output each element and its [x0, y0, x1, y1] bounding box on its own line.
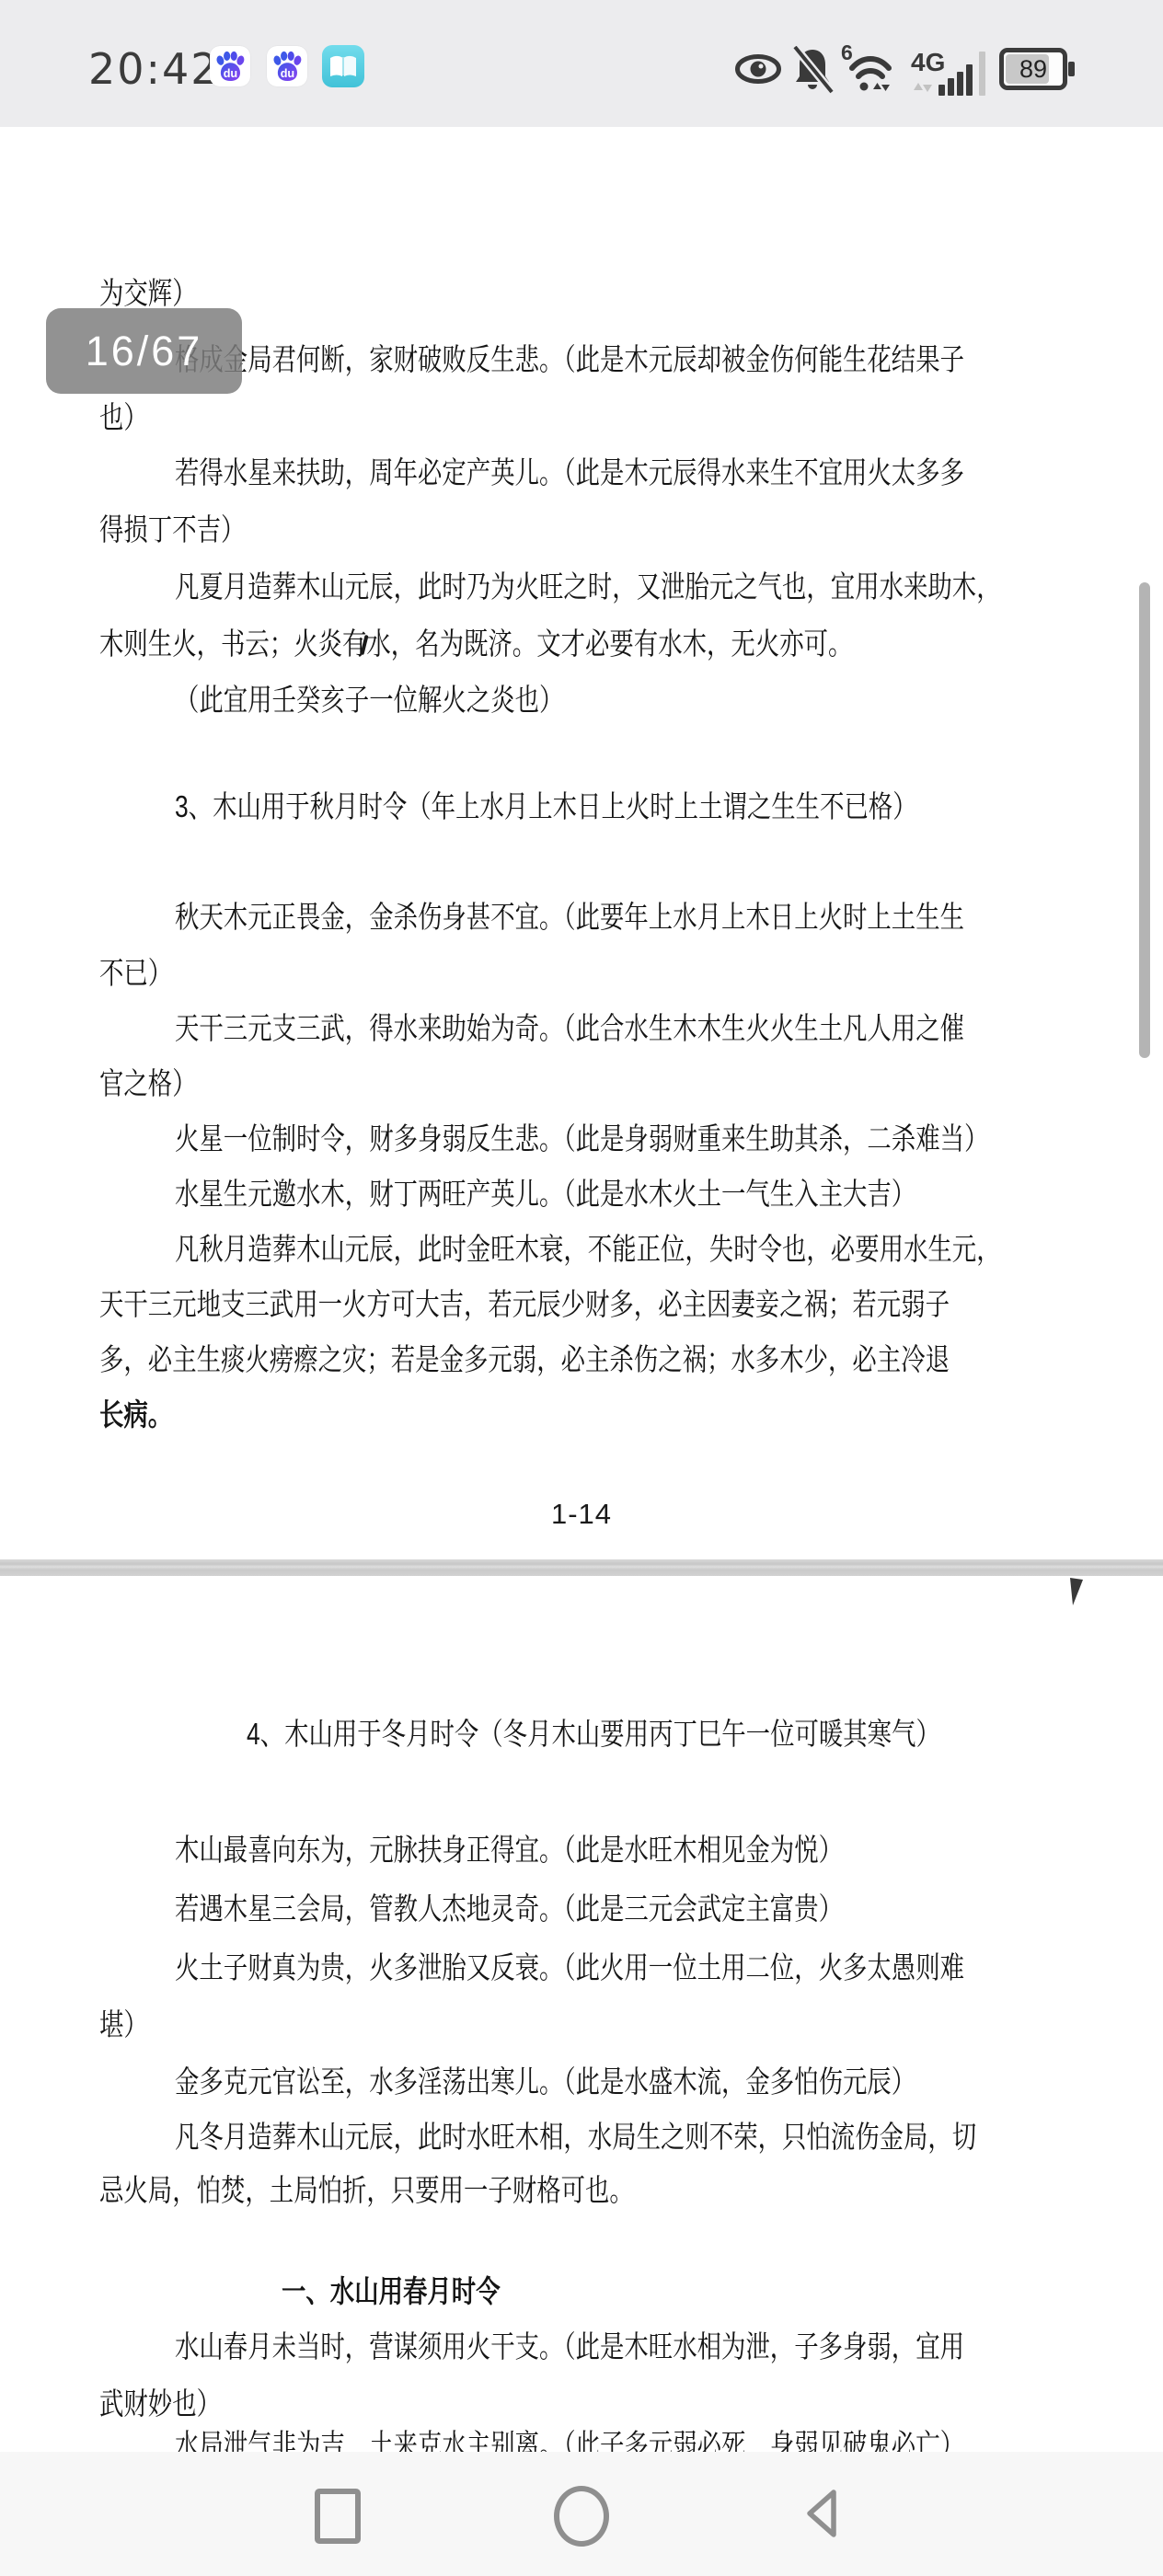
text-line: 木则生火，书云；火炎有水，名为既济。文才必要有水木，无火亦可。 [99, 623, 852, 665]
signal-bar [957, 72, 963, 96]
text-line: 武财妙也） [99, 2383, 221, 2425]
baidu-paw-icon: du [270, 49, 305, 84]
text-line: 堪） [99, 2004, 148, 2046]
baidu-app-icon: du [267, 46, 307, 86]
open-book-icon [328, 52, 359, 80]
wifi6-label: 6 [841, 40, 853, 65]
text-line: 格成金局君何断，家财破败反生悲。（此是木元辰却被金伤何能生花结果子 [175, 339, 964, 381]
text-line: 秋天木元正畏金，金杀伤身甚不宜。（此要年上水月上木日上火时上土生生 [175, 896, 964, 938]
baidu-app-icon: du [210, 46, 250, 86]
text-line: 火土子财真为贵，火多泄胎又反衰。（此火用一位土用二位，火多太愚则难 [175, 1947, 964, 1989]
text-line: 忌火局，怕焚，土局怕折，只要用一子财格可也。 [99, 2169, 634, 2212]
text-line: 若遇木星三会局，管教人杰地灵奇。（此是三元会武定主富贵） [175, 1888, 843, 1930]
text-line: 长病。 [99, 1394, 172, 1436]
scrollbar-thumb[interactable] [1139, 582, 1150, 1058]
text-line: 木山最喜向东为，元脉扶身正得宜。（此是水旺木相见金为悦） [175, 1829, 843, 1871]
text-line: 官之格） [99, 1063, 197, 1105]
notifications-muted-icon [789, 46, 835, 98]
baidu-paw-icon: du [213, 49, 248, 84]
page-number: 1-14 [0, 1498, 1163, 1531]
reading-progress-badge: 16/67 [46, 308, 242, 394]
reader-app-icon [322, 45, 364, 87]
text-line: 凡夏月造葬木山元辰，此时乃为火旺之时，又泄胎元之气也，宜用水来助木， [175, 566, 1001, 608]
text-line: 凡秋月造葬木山元辰，此时金旺木衰，不能正位，失时令也，必要用水生元， [175, 1228, 1001, 1271]
clock: 20:42 [88, 44, 220, 94]
signal-bar-empty [979, 52, 985, 96]
section-heading: 3、木山用于秋月时令（年上水月上木日上火时上土谓之生生不已格） [175, 786, 917, 828]
section-heading: 4、木山用于冬月时令（冬月木山要用丙丁巳午一位可暖其寒气） [247, 1713, 940, 1755]
text-line: 得损丁不吉） [99, 509, 245, 551]
text-line: 天干三元支三武，得水来助始为奇。（此合水生木木生火火生土凡人用之催 [175, 1007, 964, 1050]
eye-protection-icon [734, 53, 782, 89]
page-corner-mark [1067, 1577, 1086, 1608]
android-navigation-bar [0, 2452, 1163, 2576]
battery-icon: 89 [999, 48, 1067, 90]
cellular-signal: 4G [911, 50, 992, 98]
text-line: 水星生元邀水木，财丁两旺产英儿。（此是水木火土一气生入主大吉） [175, 1173, 915, 1215]
svg-text:du: du [281, 67, 294, 80]
text-line: 火星一位制时令，财多身弱反生悲。（此是身弱财重来生助其杀，二杀难当） [175, 1118, 988, 1160]
text-line: （此宜用壬癸亥子一位解火之炎也） [175, 679, 563, 721]
text-line: 凡冬月造葬木山元辰，此时水旺木相，水局生之则不荣，只怕流伤金局，切 [175, 2116, 976, 2158]
signal-bar [966, 64, 973, 96]
status-bar: 20:42 du du [0, 0, 1163, 127]
text-line: 金多克元官讼至，水多淫荡出寒儿。（此是水盛木流，金多怕伤元辰） [175, 2061, 915, 2103]
text-line: 水山春月未当时，营谋须用火干支。（此是木旺水相为泄，子多身弱，宜用 [175, 2326, 964, 2368]
home-button[interactable] [554, 2486, 609, 2547]
battery-terminal [1068, 62, 1075, 76]
text-line: 多，必主生痰火痨瘵之灾；若是金多元弱，必主杀伤之祸；水多木少，必主冷退 [99, 1339, 950, 1381]
section-heading: 一、水山用春月时令 [282, 2271, 501, 2313]
document-page-2[interactable]: 4、木山用于冬月时令（冬月木山要用丙丁巳午一位可暖其寒气） 木山最喜向东为，元脉… [0, 1576, 1163, 2452]
text-line: 若得水星来扶助，周年必定产英儿。（此是木元辰得水来生不宜用火太多多 [175, 452, 964, 494]
text-line: 天干三元地支三武用一火方可大吉，若元辰少财多，必主因妻妾之祸；若元弱子 [99, 1283, 950, 1326]
signal-bars-icon [938, 50, 992, 98]
wifi-icon: 6 [845, 48, 896, 96]
recents-button[interactable] [315, 2489, 361, 2544]
text-line: 不已） [99, 952, 172, 995]
signal-bar [938, 85, 945, 96]
text-line: 也） [99, 397, 148, 439]
data-arrows-icon [911, 77, 935, 96]
back-button[interactable] [802, 2487, 843, 2540]
page-gap-divider [0, 1559, 1163, 1576]
svg-text:du: du [224, 67, 237, 80]
battery-percent: 89 [1004, 52, 1063, 86]
signal-bar [948, 78, 954, 96]
